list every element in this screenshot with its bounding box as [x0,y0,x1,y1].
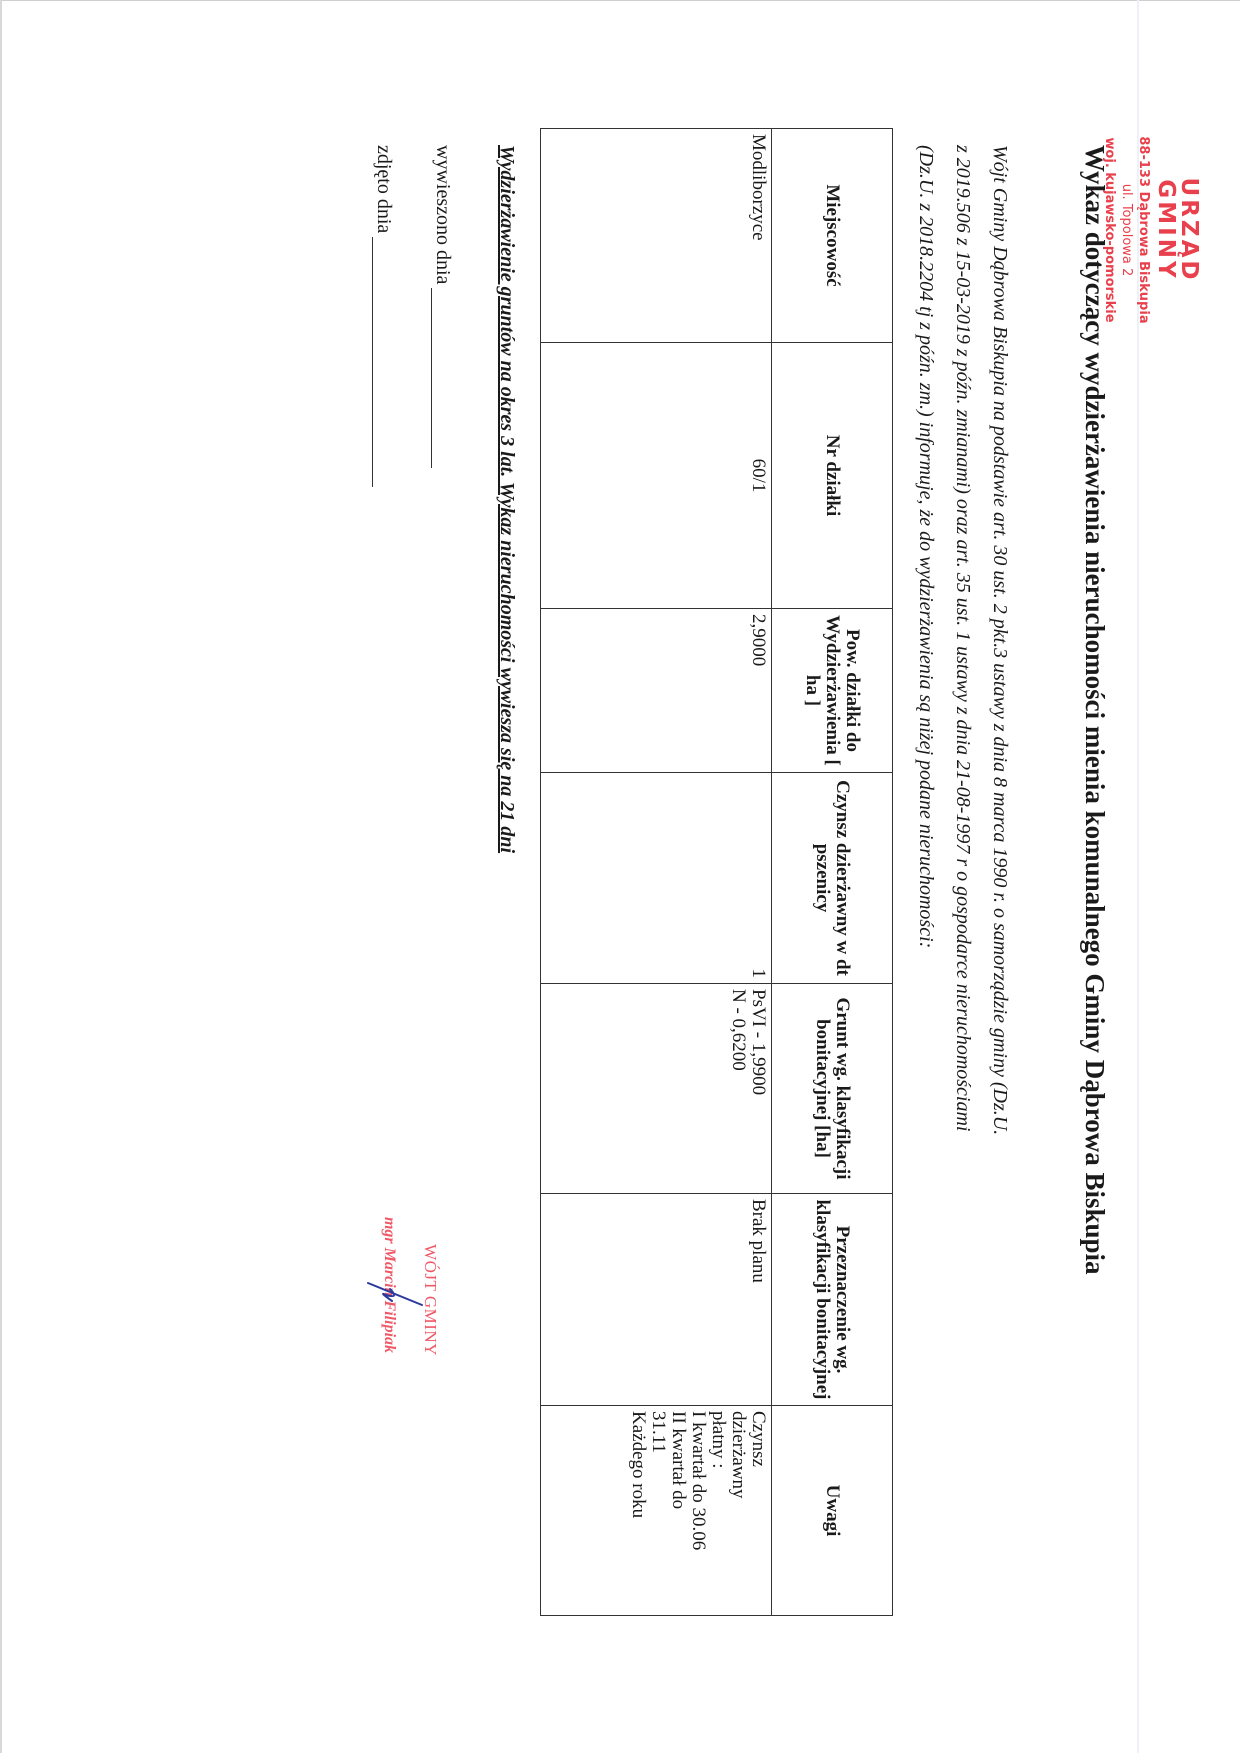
cell-powierzchnia: 2,9000 [541,609,772,773]
removed-date-blank [372,237,391,487]
grunt-line: N - 0,6200 [728,989,748,1188]
document-title: Wykaz dotyczący wydzierżawienia nierucho… [1079,145,1110,1545]
handwritten-signature-icon [360,1275,430,1315]
letterhead-street: ul. Topolowa 2 [1120,130,1133,330]
header-powierzchnia: Pow. działki do Wydzierżawienia [ ha ] [772,609,893,773]
header-czynsz: Czynsz dzierżawny w dt pszenicy [772,773,893,984]
uwagi-line: Każdego roku [628,1411,648,1610]
header-grunt: Grunt wg. klasyfikacji bonitacyjnej [ha] [772,984,893,1194]
document-page: URZĄD GMINY 88-133 Dąbrowa Biskupia ul. … [0,0,1240,1753]
intro-line: Wójt Gminy Dąbrowa Biskupia na podstawie… [981,145,1018,1585]
uwagi-line: 31.11 [648,1411,668,1610]
header-miejscowosc: Miejscowość [772,129,893,343]
posted-date-label: wywieszono dnia [432,145,454,284]
letterhead-stamp: URZĄD GMINY 88-133 Dąbrowa Biskupia ul. … [1103,130,1200,330]
cell-miejscowosc: Modliborzyce [541,129,772,343]
cell-czynsz: 1 [541,773,772,984]
removed-date-label: zdjęto dnia [373,145,395,233]
table-header-row: Miejscowość Nr działki Pow. działki do W… [772,129,893,1616]
intro-paragraph: Wójt Gminy Dąbrowa Biskupia na podstawie… [907,145,1018,1585]
uwagi-line: I kwartał do 30.06 [688,1411,708,1610]
uwagi-line: Czynsz [748,1411,768,1610]
intro-line: (Dz.U. z 2018.2204 tj z późn. zm.) infor… [907,145,944,1585]
lease-period-note: Wydzierżawienie gruntów na okres 3 lat. … [495,145,518,853]
cell-przeznaczenie: Brak planu [541,1194,772,1406]
posted-date-blank [431,288,450,468]
removed-date-line: zdjęto dnia [372,145,395,487]
letterhead-postcode: 88-133 Dąbrowa Biskupia [1137,130,1150,330]
cell-uwagi: Czynsz dzierżawny płatny : I kwartał do … [541,1406,772,1616]
cell-nr-dzialki: 60/1 [541,343,772,609]
uwagi-line: płatny : [708,1411,728,1610]
uwagi-line: dzierżawny [728,1411,748,1610]
property-table: Miejscowość Nr działki Pow. działki do W… [540,128,893,1616]
posted-date-line: wywieszono dnia [431,145,454,468]
header-nr-dzialki: Nr działki [772,343,893,609]
header-przeznaczenie: Przeznaczenie wg. klasyfikacji bonitacyj… [772,1194,893,1406]
letterhead-title: URZĄD GMINY [1154,130,1200,330]
grunt-line: PsVI - 1,9900 [748,989,768,1188]
table-row: Modliborzyce 60/1 2,9000 1 PsVI - 1,9900… [541,129,772,1616]
header-uwagi: Uwagi [772,1406,893,1616]
intro-line: z 2019.506 z 15-03-2019 z późn. zmianami… [944,145,981,1585]
uwagi-line: II kwartał do [668,1411,688,1610]
cell-grunt: PsVI - 1,9900 N - 0,6200 [541,984,772,1194]
